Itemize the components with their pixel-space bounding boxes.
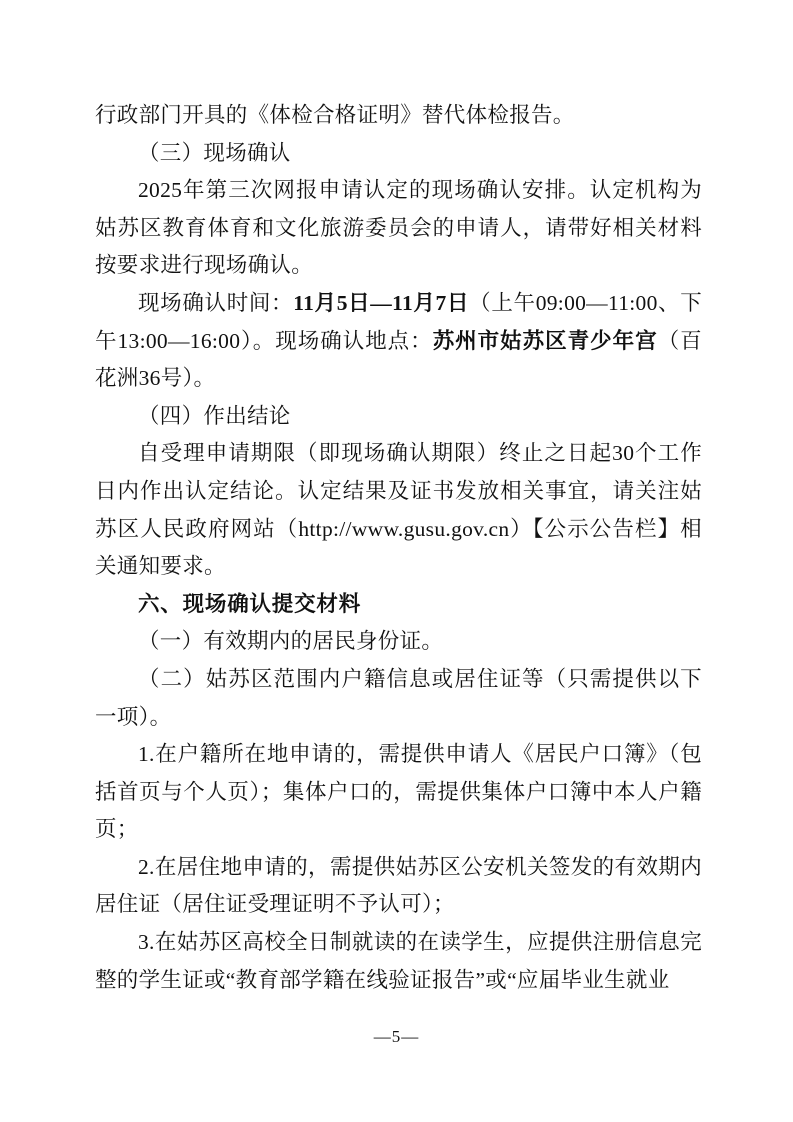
para-material-item-two: （二）姑苏区范围内户籍信息或居住证等（只需提供以下一项）。 xyxy=(95,661,702,736)
para-sub-item-2: 2.在居住地申请的，需提供姑苏区公安机关签发的有效期内居住证（居住证受理证明不予… xyxy=(95,849,702,924)
heading-section-three: （三）现场确认 xyxy=(95,135,702,173)
para-conclusion: 自受理申请期限（即现场确认期限）终止之日起30个工作日内作出认定结论。认定结果及… xyxy=(95,435,702,585)
document-page: 行政部门开具的《体检合格证明》替代体检报告。 （三）现场确认 2025年第三次网… xyxy=(0,0,793,1122)
para-confirm-arrangement: 2025年第三次网报申请认定的现场确认安排。认定机构为姑苏区教育体育和文化旅游委… xyxy=(95,172,702,285)
document-body: 行政部门开具的《体检合格证明》替代体检报告。 （三）现场确认 2025年第三次网… xyxy=(95,97,702,999)
heading-section-four: （四）作出结论 xyxy=(95,398,702,436)
para-material-item-one: （一）有效期内的居民身份证。 xyxy=(95,623,702,661)
para-sub-item-1: 1.在户籍所在地申请的，需提供申请人《居民户口簿》（包括首页与个人页）；集体户口… xyxy=(95,736,702,849)
para-sub-item-3: 3.在姑苏区高校全日制就读的在读学生，应提供注册信息完整的学生证或“教育部学籍在… xyxy=(95,924,702,999)
page-number: —5— xyxy=(0,1026,793,1048)
confirm-time-label: 现场确认时间： xyxy=(138,291,293,315)
confirm-location: 苏州市姑苏区青少年宫 xyxy=(433,329,658,353)
heading-section-six: 六、现场确认提交材料 xyxy=(95,586,702,624)
para-confirm-time-location: 现场确认时间：11月5日—11月7日（上午09:00—11:00、下午13:00… xyxy=(95,285,702,398)
para-medical-report: 行政部门开具的《体检合格证明》替代体检报告。 xyxy=(95,97,702,135)
confirm-date-range: 11月5日—11月7日 xyxy=(293,291,469,315)
